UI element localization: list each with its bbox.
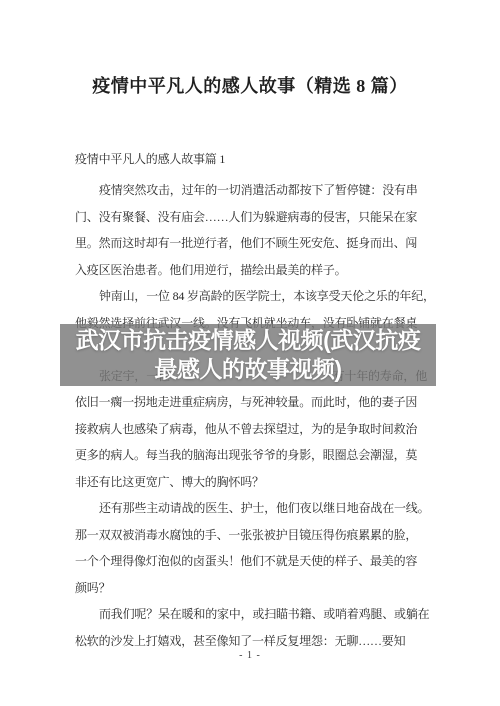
section-heading: 疫情中平凡人的感人故事篇 1 xyxy=(75,150,225,167)
text-line: 一个个理得像灯泡似的卤蛋头！他们不就是天使的样子、最美的容 xyxy=(75,548,427,575)
text-line: 还有那些主动请战的医生、护士，他们夜以继日地奋战在一线。 xyxy=(75,495,427,522)
overlay-title-line-1: 武汉市抗击疫情感人视频(武汉抗疫 xyxy=(76,326,421,355)
text-line: 更多的病人。每当我的脑海出现张爷爷的身影，眼圈总会潮湿，莫 xyxy=(75,442,427,469)
document-page: 疫情中平凡人的感人故事（精选 8 篇） 疫情中平凡人的感人故事篇 1 疫情突然攻… xyxy=(0,0,500,706)
text-line: 接救病人也感染了病毒，他从不曾去探望过，为的是争取时间救治 xyxy=(75,416,427,443)
document-title: 疫情中平凡人的感人故事（精选 8 篇） xyxy=(0,72,500,98)
page-number: - 1 - xyxy=(0,650,500,661)
text-line: 入疫区医治患者。他们用逆行，描绘出最美的样子。 xyxy=(75,257,427,284)
text-line: 疫情突然攻击，过年的一切消遣活动都按下了暂停键：没有串 xyxy=(75,177,427,204)
text-line: 门、没有聚餐、没有庙会……人们为躲避病毒的侵害，只能呆在家 xyxy=(75,204,427,231)
video-title-overlay[interactable]: 武汉市抗击疫情感人视频(武汉抗疫 最感人的故事视频) xyxy=(60,324,436,386)
overlay-title-line-2: 最感人的故事视频) xyxy=(154,355,341,384)
text-line: 依旧一瘸一拐地走进重症病房，与死神较量。而此时，他的妻子因 xyxy=(75,389,427,416)
text-line: 里。然而这时却有一批逆行者，他们不顾生死安危、挺身而出、闯 xyxy=(75,230,427,257)
document-body: 疫情突然攻击，过年的一切消遣活动都按下了暂停键：没有串门、没有聚餐、没有庙会……… xyxy=(75,177,427,654)
text-line: 钟南山，一位 84 岁高龄的医学院士，本该享受天伦之乐的年纪， xyxy=(75,283,427,310)
text-line: 而我们呢？呆在暖和的家中，或扫瞄书籍、或哨着鸡腿、或躺在 xyxy=(75,601,427,628)
text-line: 那一双双被消毒水腐蚀的手、一张张被护目镜压得伤痕累累的脸， xyxy=(75,522,427,549)
text-line: 非还有比这更宽广、博大的胸怀吗？ xyxy=(75,469,427,496)
text-line: 颜吗？ xyxy=(75,575,427,602)
